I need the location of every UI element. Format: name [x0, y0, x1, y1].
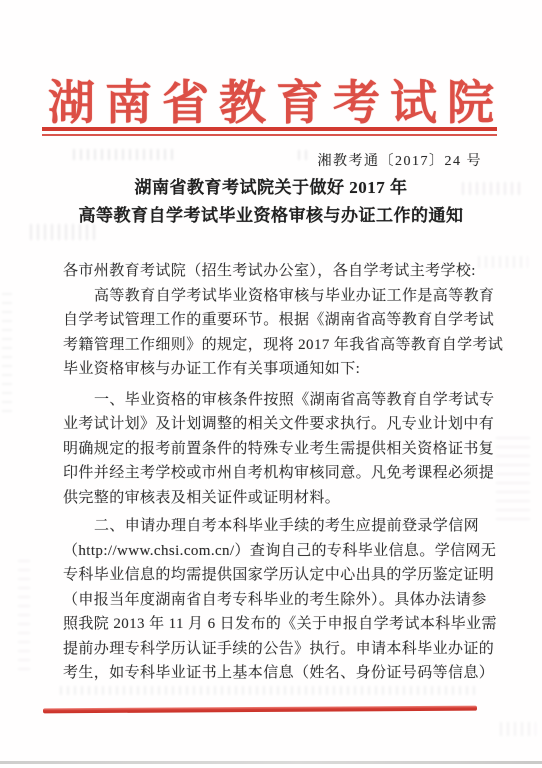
- document-number: 湘教考通〔2017〕24 号: [318, 150, 483, 170]
- body-line: （http://www.chsi.com.cn/）查询自己的专科毕业信息。学信网…: [63, 539, 487, 564]
- scan-artifact: [500, 722, 536, 736]
- body-line: 照我院 2013 年 11 月 6 日发布的《关于申报自学考试本科毕业需: [63, 612, 487, 637]
- scan-artifact: [298, 150, 312, 160]
- body-line: 自学考试管理工作的重要环节。根据《湖南省高等教育自学考试: [63, 308, 487, 333]
- body-line: 二、申请办理自考本科毕业手续的考生应提前登录学信网: [63, 514, 487, 539]
- body-line: 业考试计划》及计划调整的相关文件要求执行。凡专业计划中有: [63, 412, 487, 437]
- document-title-line1: 湖南省教育考试院关于做好 2017 年: [0, 174, 542, 202]
- scan-bottom-edge: [0, 761, 542, 764]
- scan-artifact: [2, 292, 12, 412]
- scan-artifact: [496, 430, 530, 520]
- scan-artifact: [18, 560, 30, 670]
- letterhead-rule-thin: [42, 134, 497, 136]
- document-body: 各市州教育考试院（招生考试办公室），各自学考试主考学校: 高等教育自学考试毕业资…: [63, 259, 487, 686]
- letterhead-rule-thick: [42, 127, 497, 131]
- body-line: 明确规定的报考前置条件的特殊专业考生需提供相关资格证书复: [63, 437, 487, 462]
- salutation-line: 各市州教育考试院（招生考试办公室），各自学考试主考学校:: [63, 259, 487, 284]
- paragraph-item-2: 二、申请办理自考本科毕业手续的考生应提前登录学信网 （http://www.ch…: [63, 514, 487, 686]
- document-title: 湖南省教育考试院关于做好 2017 年 高等教育自学考试毕业资格审核与办证工作的…: [0, 174, 542, 230]
- body-line: 一、毕业资格的审核条件按照《湖南省高等教育自学考试专: [63, 388, 487, 413]
- scanned-document-page: 湖南省教育考试院 湘教考通〔2017〕24 号 湖南省教育考试院关于做好 201…: [0, 0, 542, 768]
- body-line: 考生，如专科毕业证书上基本信息（姓名、身份证号码等信息）: [63, 661, 487, 686]
- body-line: （申报当年度湖南省自考专科毕业的考生除外）。具体办法请参: [63, 588, 487, 613]
- body-line: 考籍管理工作细则》的规定，现将 2017 年我省高等教育自学考试: [63, 333, 487, 358]
- document-title-line2: 高等教育自学考试毕业资格审核与办证工作的通知: [0, 202, 542, 230]
- body-line: 供完整的审核表及相关证件或证明材料。: [63, 486, 487, 511]
- paragraph-intro: 高等教育自学考试毕业资格审核与毕业办证工作是高等教育 自学考试管理工作的重要环节…: [63, 284, 487, 382]
- scan-artifact: [60, 686, 480, 695]
- body-line: 专科毕业信息的均需提供国家学历认定中心出具的学历鉴定证明: [63, 563, 487, 588]
- footer-red-rule: [43, 706, 477, 714]
- body-line: 提前办理专科学历认证手续的公告》执行。申请本科毕业办证的: [63, 637, 487, 662]
- body-line: 高等教育自学考试毕业资格审核与毕业办证工作是高等教育: [63, 284, 487, 309]
- body-line: 毕业资格审核与办证工作有关事项通知如下:: [63, 357, 487, 382]
- letterhead-org-name: 湖南省教育考试院: [0, 66, 542, 133]
- scan-artifact: [73, 149, 175, 160]
- body-line: 印件并经主考学校或市州自考机构审核同意。凡免考课程必须提: [63, 461, 487, 486]
- paragraph-item-1: 一、毕业资格的审核条件按照《湖南省高等教育自学考试专 业考试计划》及计划调整的相…: [63, 388, 487, 511]
